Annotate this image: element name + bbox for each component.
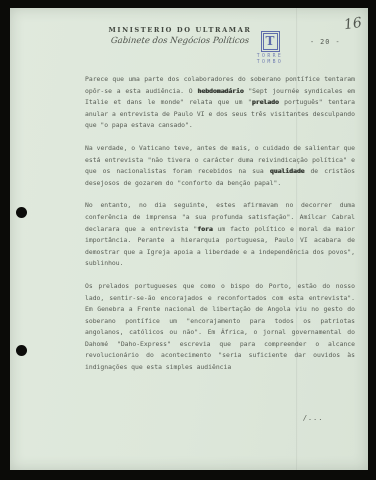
body-paragraphs: Parece que uma parte dos colaboradores d… (85, 74, 355, 385)
typewritten-paragraph: Parece que uma parte dos colaboradores d… (85, 74, 355, 132)
typewritten-paragraph: No entanto, no dia seguinte, estes afirm… (85, 200, 355, 270)
ministry-title: MINISTERIO DO ULTRAMAR (92, 26, 268, 34)
page-number: - 20 - (310, 38, 341, 46)
typewritten-paragraph: Na verdade, o Vaticano teve, antes de ma… (85, 143, 355, 189)
torre-do-tombo-stamp: T TORRE TOMBO (252, 30, 288, 65)
office-subtitle: Gabinete dos Negócios Políticos (91, 36, 268, 46)
typewritten-paragraph: Os prelados portugueses que como o bispo… (85, 281, 355, 374)
stamp-line-torre: TORRE (252, 54, 288, 59)
scanned-document-page: { "page": { "handwritten_number": "16", … (0, 0, 376, 480)
document-paper: MINISTERIO DO ULTRAMAR Gabinete dos Negó… (10, 8, 368, 470)
stamp-letter: T (263, 33, 278, 50)
punch-hole-top (16, 207, 27, 218)
letterhead: MINISTERIO DO ULTRAMAR Gabinete dos Negó… (92, 26, 268, 46)
continuation-mark: /... (303, 414, 324, 422)
stamp-box-icon: T (261, 31, 280, 52)
handwritten-folio-number: 16 (343, 15, 363, 33)
punch-hole-bottom (16, 345, 27, 356)
stamp-line-tombo: TOMBO (252, 60, 288, 65)
